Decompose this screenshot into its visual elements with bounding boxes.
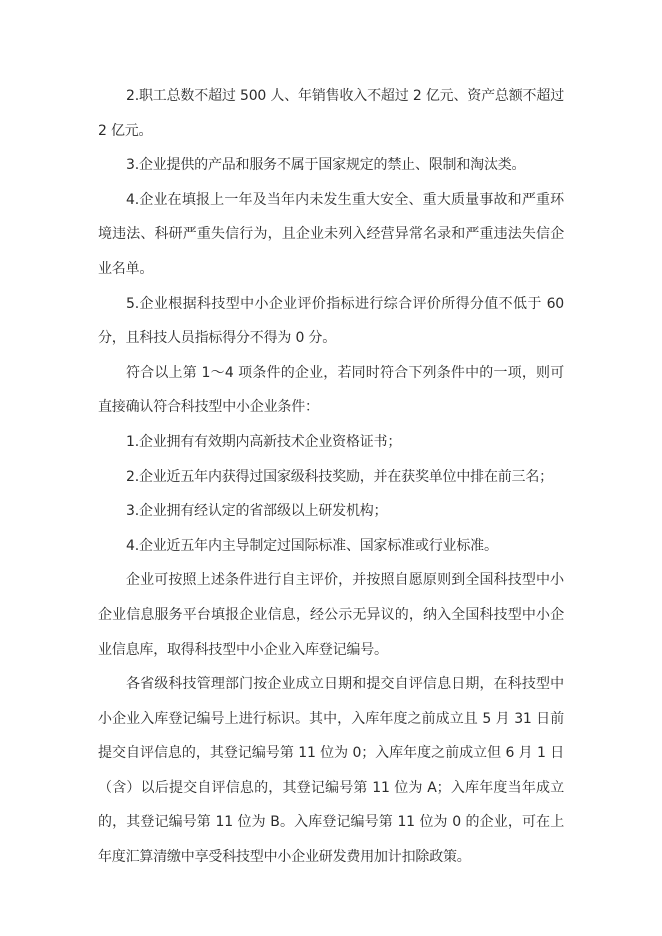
paragraph-condition-4: 4.企业近五年内主导制定过国际标准、国家标准或行业标准。	[98, 529, 564, 564]
paragraph-criterion-5: 5.企业根据科技型中小企业评价指标进行综合评价所得分值不低于 60 分，且科技人…	[98, 287, 564, 356]
paragraph-criterion-4: 4.企业在填报上一年及当年内未发生重大安全、重大质量事故和严重环境违法、科研严重…	[98, 183, 564, 287]
paragraph-self-evaluation: 企业可按照上述条件进行自主评价，并按照自愿原则到全国科技型中小企业信息服务平台填…	[98, 563, 564, 667]
paragraph-registration-number: 各省级科技管理部门按企业成立日期和提交自评信息日期，在科技型中小企业入库登记编号…	[98, 667, 564, 875]
paragraph-condition-3: 3.企业拥有经认定的省部级以上研发机构；	[98, 494, 564, 529]
paragraph-criterion-3: 3.企业提供的产品和服务不属于国家规定的禁止、限制和淘汰类。	[98, 148, 564, 183]
document-page: 2.职工总数不超过 500 人、年销售收入不超过 2 亿元、资产总额不超过 2 …	[98, 79, 564, 875]
paragraph-condition-1: 1.企业拥有有效期内高新技术企业资格证书；	[98, 425, 564, 460]
paragraph-direct-confirmation: 符合以上第 1～4 项条件的企业，若同时符合下列条件中的一项，则可直接确认符合科…	[98, 356, 564, 425]
paragraph-condition-2: 2.企业近五年内获得过国家级科技奖励，并在获奖单位中排在前三名；	[98, 460, 564, 495]
paragraph-criterion-2: 2.职工总数不超过 500 人、年销售收入不超过 2 亿元、资产总额不超过 2 …	[98, 79, 564, 148]
